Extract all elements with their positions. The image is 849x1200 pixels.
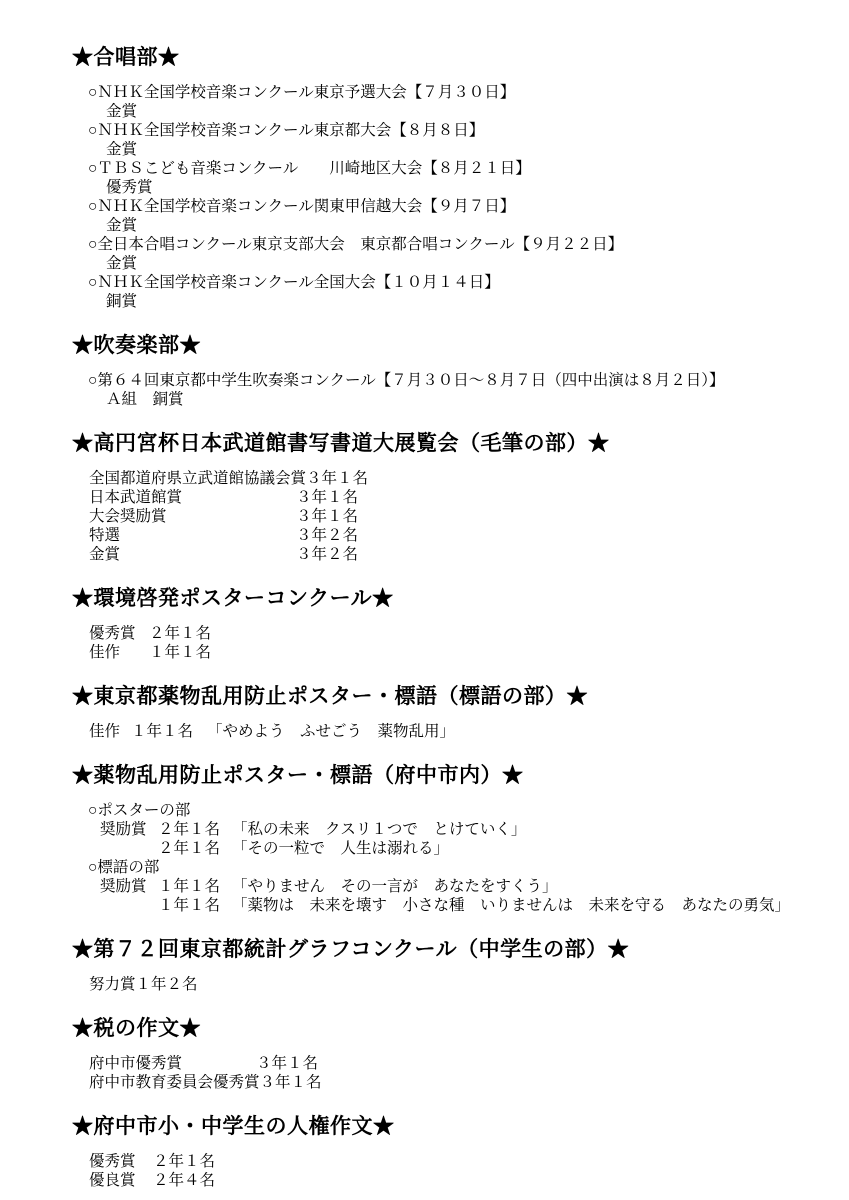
award-count: ３年２名 <box>296 526 358 545</box>
award-name: 奨励賞 <box>100 877 158 896</box>
award-count: ２年１名 <box>158 820 232 839</box>
section-fuchu-drug-poster-slogan: ★薬物乱用防止ポスター・標語（府中市内）★ ○ポスターの部 奨励賞 ２年１名 「… <box>72 741 813 915</box>
award-count: ２年１名 <box>153 1152 215 1171</box>
award-quote-row: ２年１名 「その一粒で 人生は溺れる」 <box>100 839 813 858</box>
event-line: ○全日本合唱コンクール東京支部大会 東京都合唱コンクール【９月２２日】 <box>88 235 813 254</box>
award-quote: 「薬物は 未来を壊す 小さな種 いりませんは 未来を守る あなたの勇気」 <box>232 896 790 915</box>
section-title-choir: ★合唱部★ <box>72 44 813 70</box>
award-count: １年１名 <box>158 877 232 896</box>
award-count: ３年１名 <box>256 1054 318 1073</box>
document-page: ★合唱部★ ○ＮＨＫ全国学校音楽コンクール東京予選大会【７月３０日】 金賞 ○Ｎ… <box>0 0 849 1200</box>
award-name: 奨励賞 <box>100 820 158 839</box>
award-name: 金賞 <box>89 545 296 564</box>
award-name: 佳作 <box>89 722 131 741</box>
award-quote: 「その一粒で 人生は溺れる」 <box>232 839 449 858</box>
event-line: ○ＮＨＫ全国学校音楽コンクール全国大会【１０月１４日】 <box>88 273 813 292</box>
award-table-row: 優秀賞 ２年１名 <box>89 624 813 643</box>
award-line: 金賞 <box>106 102 813 121</box>
award-count: ３年１名 <box>296 507 358 526</box>
section-choir: ★合唱部★ ○ＮＨＫ全国学校音楽コンクール東京予選大会【７月３０日】 金賞 ○Ｎ… <box>72 44 813 311</box>
award-table-row: 全国都道府県立武道館協議会賞 ３年１名 <box>89 469 813 488</box>
award-quote: 「私の未来 クスリ１つで とけていく」 <box>232 820 526 839</box>
award-table-row: 府中市優秀賞 ３年１名 <box>89 1054 813 1073</box>
section-tokyo-drug-slogan: ★東京都薬物乱用防止ポスター・標語（標語の部）★ 佳作 １年１名 「やめよう ふ… <box>72 662 813 741</box>
award-name <box>100 839 158 858</box>
award-table-row: 優秀賞 ２年１名 <box>89 1152 813 1171</box>
section-environment-poster: ★環境啓発ポスターコンクール★ 優秀賞 ２年１名 佳作 １年１名 <box>72 564 813 662</box>
award-line: 金賞 <box>106 216 813 235</box>
group-heading-poster: ○ポスターの部 <box>88 801 813 820</box>
award-quote-row: 努力賞 １年２名 <box>89 975 813 994</box>
event-line: ○第６４回東京都中学生吹奏楽コンクール【７月３０日～８月７日（四中出演は８月２日… <box>88 371 813 390</box>
award-count: １年１名 <box>158 896 232 915</box>
award-name: 日本武道館賞 <box>89 488 296 507</box>
award-line: 銅賞 <box>106 292 813 311</box>
award-name: 優秀賞 <box>89 1152 153 1171</box>
award-count: １年１名 <box>131 722 207 741</box>
award-count: ２年４名 <box>153 1171 215 1190</box>
section-title-tokyo-drug-slogan: ★東京都薬物乱用防止ポスター・標語（標語の部）★ <box>72 662 813 709</box>
award-table-row: 大会奨励賞 ３年１名 <box>89 507 813 526</box>
award-line: 優秀賞 <box>106 178 813 197</box>
award-name: 佳作 <box>89 643 149 662</box>
award-count: ２年１名 <box>158 839 232 858</box>
award-table-row: 佳作 １年１名 <box>89 643 813 662</box>
award-name: 府中市教育委員会優秀賞 <box>89 1073 260 1092</box>
award-quote-row: １年１名 「薬物は 未来を壊す 小さな種 いりませんは 未来を守る あなたの勇気… <box>100 896 813 915</box>
award-count: １年２名 <box>136 975 212 994</box>
section-calligraphy: ★高円宮杯日本武道館書写書道大展覧会（毛筆の部）★ 全国都道府県立武道館協議会賞… <box>72 409 813 564</box>
award-table-row: 府中市教育委員会優秀賞 ３年１名 <box>89 1073 813 1092</box>
award-quote-row: 奨励賞 ２年１名 「私の未来 クスリ１つで とけていく」 <box>100 820 813 839</box>
section-title-tax-essay: ★税の作文★ <box>72 994 813 1041</box>
award-count: ３年２名 <box>296 545 358 564</box>
section-title-fuchu-drug: ★薬物乱用防止ポスター・標語（府中市内）★ <box>72 741 813 788</box>
section-tax-essay: ★税の作文★ 府中市優秀賞 ３年１名 府中市教育委員会優秀賞 ３年１名 <box>72 994 813 1092</box>
award-name <box>100 896 158 915</box>
section-statistics-graph: ★第７２回東京都統計グラフコンクール（中学生の部）★ 努力賞 １年２名 <box>72 915 813 994</box>
award-count: ３年１名 <box>296 488 358 507</box>
award-name: 全国都道府県立武道館協議会賞 <box>89 469 306 488</box>
award-line: 金賞 <box>106 140 813 159</box>
section-title-environment-poster: ★環境啓発ポスターコンクール★ <box>72 564 813 611</box>
award-quote: 「やめよう ふせごう 薬物乱用」 <box>207 722 455 741</box>
award-name: 大会奨励賞 <box>89 507 296 526</box>
award-line: Ａ組 銅賞 <box>106 390 813 409</box>
award-name: 優良賞 <box>89 1171 153 1190</box>
section-brass-band: ★吹奏楽部★ ○第６４回東京都中学生吹奏楽コンクール【７月３０日～８月７日（四中… <box>72 311 813 409</box>
section-title-brass-band: ★吹奏楽部★ <box>72 311 813 358</box>
award-count: ２年１名 <box>149 624 211 643</box>
award-quote-row: 佳作 １年１名 「やめよう ふせごう 薬物乱用」 <box>89 722 813 741</box>
award-line: 金賞 <box>106 254 813 273</box>
event-line: ○ＮＨＫ全国学校音楽コンクール関東甲信越大会【９月７日】 <box>88 197 813 216</box>
award-table-row: 優良賞 ２年４名 <box>89 1171 813 1190</box>
section-title-statistics-graph: ★第７２回東京都統計グラフコンクール（中学生の部）★ <box>72 915 813 962</box>
award-count: １年１名 <box>149 643 211 662</box>
award-quote-row: 奨励賞 １年１名 「やりません その一言が あなたをすくう」 <box>100 877 813 896</box>
award-count: ３年１名 <box>260 1073 322 1092</box>
award-name: 優秀賞 <box>89 624 149 643</box>
section-human-rights-essay: ★府中市小・中学生の人権作文★ 優秀賞 ２年１名 優良賞 ２年４名 <box>72 1092 813 1190</box>
award-name: 努力賞 <box>89 975 136 994</box>
award-name: 特選 <box>89 526 296 545</box>
award-name: 府中市優秀賞 <box>89 1054 256 1073</box>
section-title-calligraphy: ★高円宮杯日本武道館書写書道大展覧会（毛筆の部）★ <box>72 409 813 456</box>
group-heading-slogan: ○標語の部 <box>88 858 813 877</box>
event-line: ○ＮＨＫ全国学校音楽コンクール東京予選大会【７月３０日】 <box>88 83 813 102</box>
event-line: ○ＴＢＳこども音楽コンクール 川崎地区大会【８月２１日】 <box>88 159 813 178</box>
award-quote: 「やりません その一言が あなたをすくう」 <box>232 877 558 896</box>
award-count: ３年１名 <box>306 469 368 488</box>
award-table-row: 金賞 ３年２名 <box>89 545 813 564</box>
award-table-row: 特選 ３年２名 <box>89 526 813 545</box>
section-title-human-rights-essay: ★府中市小・中学生の人権作文★ <box>72 1092 813 1139</box>
event-line: ○ＮＨＫ全国学校音楽コンクール東京都大会【８月８日】 <box>88 121 813 140</box>
award-table-row: 日本武道館賞 ３年１名 <box>89 488 813 507</box>
